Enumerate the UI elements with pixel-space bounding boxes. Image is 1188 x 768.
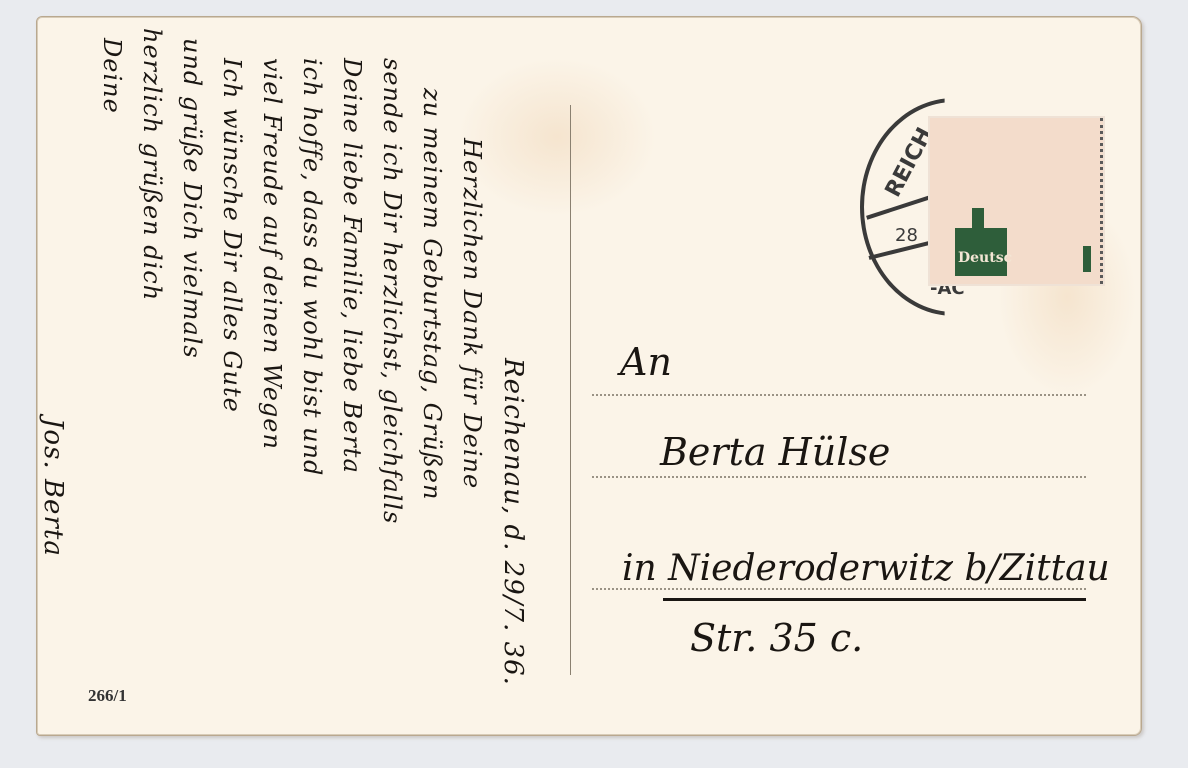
message-line: Deine (100, 38, 124, 114)
message-line: Herzlichen Dank für Deine (460, 138, 484, 489)
address-line-1: An (620, 340, 672, 384)
message-line: viel Freude auf deinen Wegen (260, 58, 284, 450)
message-line: ich hoffe, dass du wohl bist und (300, 58, 324, 476)
stamp-text: Deutsc (958, 250, 1012, 266)
message-line: zu meinem Geburtstag, Grüßen (420, 88, 444, 500)
print-number: 266/1 (88, 686, 127, 706)
card-divider (570, 105, 571, 675)
message-line: herzlich grüßen dich (140, 28, 164, 301)
address-town: in Niederoderwitz b/Zittau (622, 548, 1110, 589)
message-line: und grüße Dich vielmals (180, 38, 204, 359)
stamp-ink (972, 208, 984, 230)
message-line: Ich wünsche Dir alles Gute (220, 58, 244, 413)
address-street: Str. 35 c. (690, 616, 863, 660)
stamp-ink (1083, 246, 1091, 272)
postmark-day: 28 (895, 225, 918, 246)
address-underline (663, 598, 1086, 601)
address-recipient: Berta Hülse (660, 430, 890, 474)
message-date-line: Reichenau, d. 29/7. 36. (500, 358, 526, 686)
signature: Jos. Berta (40, 418, 66, 557)
message-area: Reichenau, d. 29/7. 36. Herzlichen Dank … (30, 18, 550, 698)
address-dotted-line (592, 476, 1086, 478)
message-line: Deine liebe Familie, liebe Berta (340, 58, 364, 474)
address-dotted-line (592, 394, 1086, 396)
message-line: sende ich Dir herzlichst, gleichfalls (380, 58, 404, 524)
